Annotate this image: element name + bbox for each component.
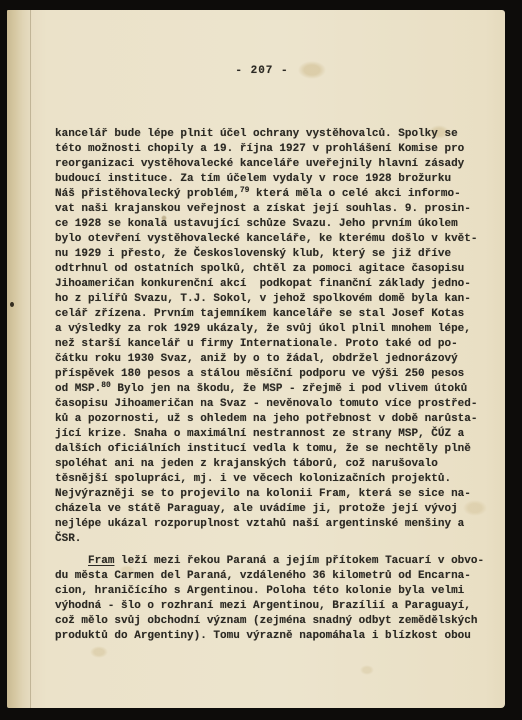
footnote-reference: 79 xyxy=(240,186,250,195)
text-line: reorganizaci vystěhovalecké kanceláře uv… xyxy=(55,157,485,172)
text-line: ČSR. xyxy=(55,532,485,547)
text-line: a výsledky za rok 1929 ukázaly, že svůj … xyxy=(55,322,485,337)
text-line: nejlépe ukázal rozporuplnost vztahů naší… xyxy=(55,517,485,532)
scan-background: { "colors": { "scan_background": "#0d0c0… xyxy=(0,0,522,720)
text-segment: Jihoameričan konkurenční akcí podkopat f… xyxy=(55,278,471,290)
text-line: těsnější spolupráci, mj. i ve věcech kol… xyxy=(55,472,485,487)
text-line: Nejvýrazněji se to projevilo na kolonii … xyxy=(55,487,485,502)
text-segment: odtrhnul od ostatních spolků, chtěl za p… xyxy=(55,263,464,275)
text-line: odtrhnul od ostatních spolků, chtěl za p… xyxy=(55,262,485,277)
text-segment: kancelář bude lépe plnit účel ochrany vy… xyxy=(55,128,458,140)
text-segment xyxy=(55,555,88,567)
paragraph-2: Fram leží mezi řekou Paraná a jejím přít… xyxy=(55,554,485,644)
text-segment: což mělo svůj obchodní význam (zejména s… xyxy=(55,615,477,627)
text-line: produktů do Argentiny). Tomu výrazně nap… xyxy=(55,629,485,644)
text-line: ce 1928 se konala ustavující schůze Svaz… xyxy=(55,217,485,232)
text-segment: těsnější spolupráci, mj. i ve věcech kol… xyxy=(55,473,451,485)
text-line: než starší kancelář u firmy Internationa… xyxy=(55,337,485,352)
document-page: - 207 - kancelář bude lépe plnit účel oc… xyxy=(7,10,505,708)
text-segment: cion, hraničícího s Argentinou. Poloha t… xyxy=(55,585,464,597)
text-line: Náš přistěhovalecký problém,79 která měl… xyxy=(55,187,485,202)
text-line: kancelář bude lépe plnit účel ochrany vy… xyxy=(55,127,485,142)
text-line: bylo otevření vystěhovalecké kanceláře, … xyxy=(55,232,485,247)
text-segment: a výsledky za rok 1929 ukázaly, že svůj … xyxy=(55,323,471,335)
text-segment: která měla o celé akci informo- xyxy=(249,188,460,200)
text-segment: výhodná - šlo o rozhraní mezi Argentinou… xyxy=(55,600,471,612)
text-segment: reorganizaci vystěhovalecké kanceláře uv… xyxy=(55,158,464,170)
scan-speck xyxy=(10,302,14,307)
text-line: časopisu Jihoameričan na Svaz - nevěnova… xyxy=(55,397,485,412)
footnote-reference: 80 xyxy=(101,381,111,390)
text-line: výhodná - šlo o rozhraní mezi Argentinou… xyxy=(55,599,485,614)
text-line: Jihoameričan konkurenční akcí podkopat f… xyxy=(55,277,485,292)
text-segment: nejlépe ukázal rozporuplnost vztahů naší… xyxy=(55,518,464,530)
text-line: jící krize. Snaha o maximální nestrannos… xyxy=(55,427,485,442)
text-line: spoléhat ani na jeden z krajanských tábo… xyxy=(55,457,485,472)
text-segment: cházela ve státě Paraguay, ale uvádíme j… xyxy=(55,503,458,515)
text-segment: celář zřízena. Prvním tajemníkem kancelá… xyxy=(55,308,464,320)
text-segment: ho z pilířů Svazu, T.J. Sokol, v jehož s… xyxy=(55,293,471,305)
text-segment: příspěvek 180 pesos a stálou měsíční pod… xyxy=(55,368,464,380)
text-line: od MSP.80 Bylo jen na škodu, že MSP - zř… xyxy=(55,382,485,397)
text-line: ho z pilířů Svazu, T.J. Sokol, v jehož s… xyxy=(55,292,485,307)
text-line: cion, hraničícího s Argentinou. Poloha t… xyxy=(55,584,485,599)
text-segment: časopisu Jihoameričan na Svaz - nevěnova… xyxy=(55,398,477,410)
text-line: du města Carmen del Paraná, vzdáleného 3… xyxy=(55,569,485,584)
text-segment: du města Carmen del Paraná, vzdáleného 3… xyxy=(55,570,471,582)
text-line: ků a pozornosti, už s ohledem na jeho po… xyxy=(55,412,485,427)
text-line: Fram leží mezi řekou Paraná a jejím přít… xyxy=(55,554,485,569)
text-segment: vat naši krajanskou veřejnost a získat j… xyxy=(55,203,471,215)
text-segment: Bylo jen na škodu, že MSP - zřejmě i pod… xyxy=(111,383,467,395)
text-line: cházela ve státě Paraguay, ale uvádíme j… xyxy=(55,502,485,517)
text-line: budoucí instituce. Za tím účelem vydaly … xyxy=(55,172,485,187)
text-segment: od MSP. xyxy=(55,383,101,395)
text-segment: ků a pozornosti, už s ohledem na jeho po… xyxy=(55,413,477,425)
text-line: celář zřízena. Prvním tajemníkem kancelá… xyxy=(55,307,485,322)
text-segment: bylo otevření vystěhovalecké kanceláře, … xyxy=(55,233,477,245)
text-line: této možnosti chopily a 19. října 1927 v… xyxy=(55,142,485,157)
text-segment: jící krize. Snaha o maximální nestrannos… xyxy=(55,428,464,440)
text-line: nu 1929 i přesto, že Československý klub… xyxy=(55,247,485,262)
text-segment: dalších oficiálních institucí vedla k to… xyxy=(55,443,471,455)
page-body: kancelář bude lépe plnit účel ochrany vy… xyxy=(55,127,485,644)
spine-crease xyxy=(30,10,31,708)
text-line: příspěvek 180 pesos a stálou měsíční pod… xyxy=(55,367,485,382)
text-line: což mělo svůj obchodní význam (zejména s… xyxy=(55,614,485,629)
text-segment: čátku roku 1930 Svaz, aniž by o to žádal… xyxy=(55,353,458,365)
paragraph-1: kancelář bude lépe plnit účel ochrany vy… xyxy=(55,127,485,547)
text-segment: ČSR. xyxy=(55,533,81,545)
text-segment: nu 1929 i přesto, že Československý klub… xyxy=(55,248,451,260)
text-segment: ce 1928 se konala ustavující schůze Svaz… xyxy=(55,218,458,230)
text-segment: leží mezi řekou Paraná a jejím přítokem … xyxy=(114,555,484,567)
underlined-term: Fram xyxy=(88,555,114,567)
text-segment: této možnosti chopily a 19. října 1927 v… xyxy=(55,143,464,155)
text-segment: spoléhat ani na jeden z krajanských tábo… xyxy=(55,458,438,470)
text-segment: Náš přistěhovalecký problém, xyxy=(55,188,240,200)
text-segment: produktů do Argentiny). Tomu výrazně nap… xyxy=(55,630,471,642)
text-line: čátku roku 1930 Svaz, aniž by o to žádal… xyxy=(55,352,485,367)
text-segment: budoucí instituce. Za tím účelem vydaly … xyxy=(55,173,451,185)
text-segment: Nejvýrazněji se to projevilo na kolonii … xyxy=(55,488,471,500)
text-line: dalších oficiálních institucí vedla k to… xyxy=(55,442,485,457)
page-number: - 207 - xyxy=(55,65,469,77)
text-segment: než starší kancelář u firmy Internationa… xyxy=(55,338,458,350)
text-line: vat naši krajanskou veřejnost a získat j… xyxy=(55,202,485,217)
